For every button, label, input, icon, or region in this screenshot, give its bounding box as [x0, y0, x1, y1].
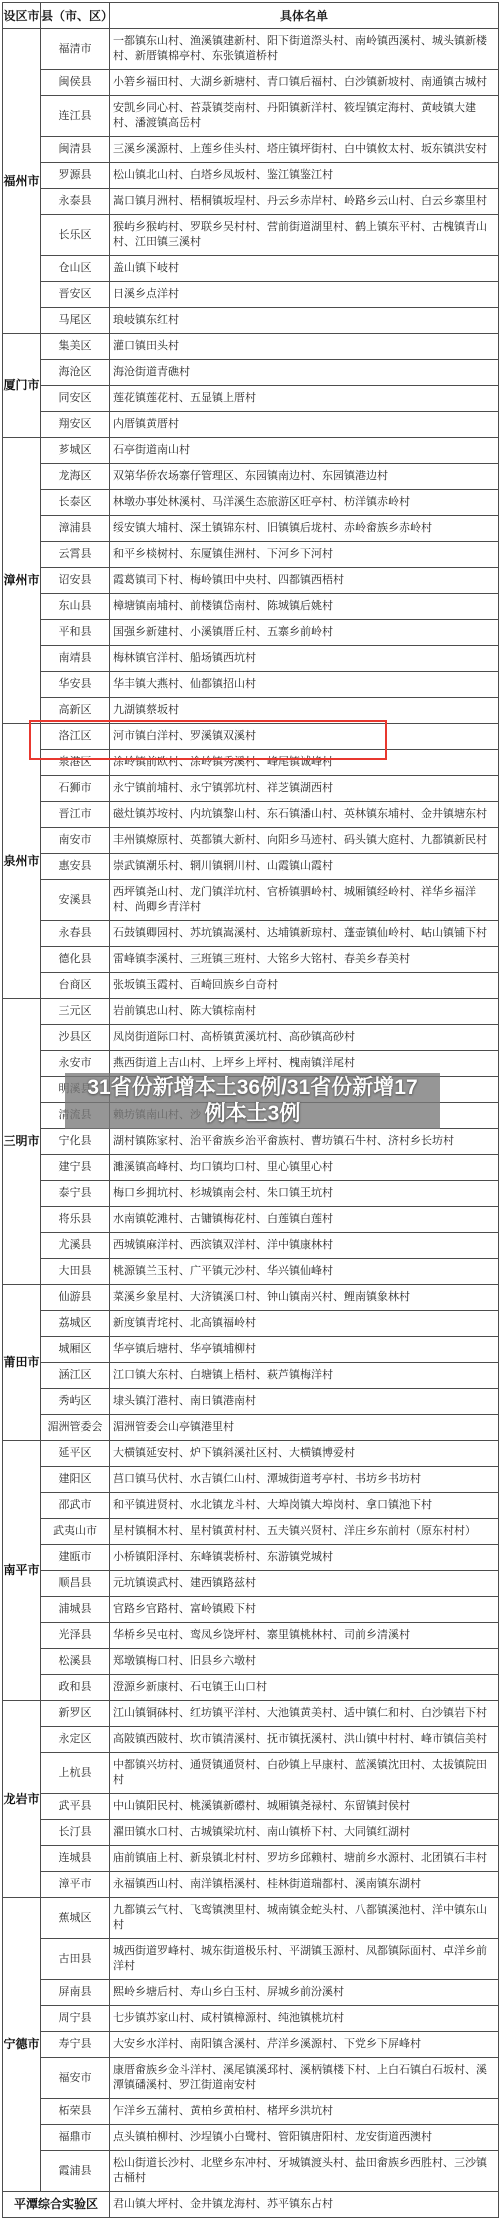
county-cell: 大田县: [41, 1259, 110, 1285]
county-cell: 仓山区: [41, 256, 110, 282]
villages-cell: 高陂镇西陂村、坎市镇清溪村、抚市镇抚溪村、洪山镇中村村、峰市镇信美村: [110, 1727, 499, 1753]
table-row: 永定区高陂镇西陂村、坎市镇清溪村、抚市镇抚溪村、洪山镇中村村、峰市镇信美村: [3, 1727, 499, 1753]
table-row: 武平县中山镇阳民村、桃溪镇新礤村、城厢镇尧禄村、东留镇封侯村: [3, 1794, 499, 1820]
villages-cell: 中都镇兴坊村、通贤镇通贤村、白砂镇上早康村、蓝溪镇沈田村、太拔镇院田村: [110, 1753, 499, 1794]
county-cell: 安溪县: [41, 880, 110, 921]
villages-cell: 点头镇柏柳村、沙埕镇小白鹭村、管阳镇唐阳村、龙安街道西澳村: [110, 2125, 499, 2151]
county-cell: 高新区: [41, 698, 110, 724]
villages-cell: 日溪乡点洋村: [110, 282, 499, 308]
villages-cell: 庙前镇庙上村、新泉镇北村村、罗坊乡邱赖村、塘前乡水源村、北团镇石丰村: [110, 1846, 499, 1872]
villages-cell: 三溪乡溪源村、上莲乡佳头村、塔庄镇坪街村、白中镇攸太村、坂东镇洪安村: [110, 137, 499, 163]
county-cell: 建阳区: [41, 1467, 110, 1493]
table-row: 泰宁县梅口乡拥坑村、杉城镇南会村、朱口镇王坑村: [3, 1181, 499, 1207]
col-header-city: 设区市: [3, 3, 41, 29]
villages-cell: 盖山镇下岐村: [110, 256, 499, 282]
table-row: 华安县华丰镇大燕村、仙都镇招山村: [3, 672, 499, 698]
villages-cell: 绥安镇大埔村、深土镇锦东村、旧镇镇后垅村、赤岭畲族乡赤岭村: [110, 516, 499, 542]
table-body: 福州市福清市一都镇东山村、渔溪镇建新村、阳下街道漈头村、南岭镇西溪村、城头镇新楼…: [3, 29, 499, 2218]
county-cell: 秀屿区: [41, 1389, 110, 1415]
table-row: 泉港区涂岭镇前欧村、涂岭镇秀溪村、峰尾镇诚峰村: [3, 750, 499, 776]
villages-cell: 张坂镇玉霞村、百崎回族乡白奇村: [110, 973, 499, 999]
villages-cell: 水南镇乾滩村、古镛镇梅花村、白莲镇白莲村: [110, 1207, 499, 1233]
villages-cell: 江山镇铜砵村、红坊镇平洋村、大池镇黄美村、适中镇仁和村、白沙镇岩下村: [110, 1701, 499, 1727]
villages-cell: 琅岐镇东红村: [110, 308, 499, 334]
villages-cell: 雷峰镇李溪村、三班镇三班村、大铭乡大铭村、春美乡春美村: [110, 947, 499, 973]
table-row: 古田县城西街道罗峰村、城东街道极乐村、平湖镇玉源村、凤都镇际面村、卓洋乡前洋村: [3, 1939, 499, 1980]
villages-cell: 霞葛镇司下村、梅岭镇田中央村、四都镇西梧村: [110, 568, 499, 594]
city-cell: 莆田市: [3, 1285, 41, 1441]
city-cell: 泉州市: [3, 724, 41, 999]
villages-cell: 江口镇大东村、白塘镇上梧村、萩芦镇梅洋村: [110, 1363, 499, 1389]
villages-cell: 中山镇阳民村、桃溪镇新礤村、城厢镇尧禄村、东留镇封侯村: [110, 1794, 499, 1820]
villages-cell: 小桥镇阳泽村、东峰镇裴桥村、东游镇党城村: [110, 1545, 499, 1571]
table-row: 龙海区双第华侨农场寨仔管理区、东园镇南边村、东园镇港边村: [3, 464, 499, 490]
villages-cell: 梅口乡拥坑村、杉城镇南会村、朱口镇王坑村: [110, 1181, 499, 1207]
villages-cell: 莲花镇莲花村、五显镇上厝村: [110, 386, 499, 412]
county-cell: 长泰区: [41, 490, 110, 516]
county-cell: 清流县: [41, 1103, 110, 1129]
county-cell: 将乐县: [41, 1207, 110, 1233]
county-cell: 建瓯市: [41, 1545, 110, 1571]
villages-cell: 湖村镇陈家村、治平畲族乡治平畲族村、曹坊镇石牛村、济村乡长坊村: [110, 1129, 499, 1155]
table-row: 南平市延平区大横镇延安村、炉下镇斜溪社区村、大横镇博爱村: [3, 1441, 499, 1467]
villages-cell: 一都镇东山村、渔溪镇建新村、阳下街道漈头村、南岭镇西溪村、城头镇新楼村、新厝镇棉…: [110, 29, 499, 70]
county-cell: 上杭县: [41, 1753, 110, 1794]
table-row: 漳平市永福镇西山村、南洋镇梧溪村、桂林街道瑞都村、溪南镇东湖村: [3, 1872, 499, 1898]
table-row: 晋江市磁灶镇苏垵村、内坑镇黎山村、东石镇潘山村、英林镇东埔村、金井镇塘东村: [3, 802, 499, 828]
table-row: 三明市三元区岩前镇忠山村、陈大镇棕南村: [3, 999, 499, 1025]
villages-cell: 九湖镇蔡坂村: [110, 698, 499, 724]
table-row: 泉州市洛江区河市镇白洋村、罗溪镇双溪村: [3, 724, 499, 750]
county-cell: 宁化县: [41, 1129, 110, 1155]
table-row: 永春县石鼓镇卿园村、苏坑镇嵩溪村、达埔镇新琼村、蓬壶镇仙岭村、岵山镇铺下村: [3, 921, 499, 947]
county-cell: 寿宁县: [41, 2032, 110, 2058]
county-cell: 云霄县: [41, 542, 110, 568]
county-cell: 南靖县: [41, 646, 110, 672]
headline-line-1: 31省份新增本土36例/31省份新增17: [87, 1075, 417, 1101]
county-cell: 芗城区: [41, 438, 110, 464]
county-cell: 城厢区: [41, 1337, 110, 1363]
villages-cell: 内厝镇黄厝村: [110, 412, 499, 438]
table-row: 马尾区琅岐镇东红村: [3, 308, 499, 334]
table-row: 闽侯县小箬乡福田村、大湖乡新塘村、青口镇后福村、白沙镇新坡村、南通镇古城村: [3, 70, 499, 96]
county-cell: 泉港区: [41, 750, 110, 776]
table-row: 柘荣县乍洋乡五蒲村、黄柏乡黄柏村、楮坪乡洪坑村: [3, 2099, 499, 2125]
county-cell: 同安区: [41, 386, 110, 412]
county-cell: 古田县: [41, 1939, 110, 1980]
villages-cell: 华丰镇大燕村、仙都镇招山村: [110, 672, 499, 698]
county-cell: 荔城区: [41, 1311, 110, 1337]
county-cell: 柘荣县: [41, 2099, 110, 2125]
table-row: 诏安县霞葛镇司下村、梅岭镇田中央村、四都镇西梧村: [3, 568, 499, 594]
table-row: 晋安区日溪乡点洋村: [3, 282, 499, 308]
villages-cell: 七步镇苏家山村、咸村镇樟源村、纯池镇桃坑村: [110, 2006, 499, 2032]
county-cell: 福安市: [41, 2058, 110, 2099]
city-cell: 宁德市: [3, 1898, 41, 2192]
col-header-county: 县（市、区）: [41, 3, 110, 29]
table-row: 建宁县濉溪镇高峰村、均口镇均口村、里心镇里心村: [3, 1155, 499, 1181]
table-row: 寿宁县大安乡水洋村、南阳镇含溪村、芹洋乡溪源村、下党乡下屏峰村: [3, 2032, 499, 2058]
county-cell: 华安县: [41, 672, 110, 698]
city-cell: 厦门市: [3, 334, 41, 438]
table-row: 福州市福清市一都镇东山村、渔溪镇建新村、阳下街道漈头村、南岭镇西溪村、城头镇新楼…: [3, 29, 499, 70]
county-cell: 福清市: [41, 29, 110, 70]
villages-cell: 国强乡新建村、小溪镇厝丘村、五寨乡前岭村: [110, 620, 499, 646]
county-cell: 周宁县: [41, 2006, 110, 2032]
county-cell: 德化县: [41, 947, 110, 973]
county-cell: 永春县: [41, 921, 110, 947]
table-row: 连城县庙前镇庙上村、新泉镇北村村、罗坊乡邱赖村、塘前乡水源村、北团镇石丰村: [3, 1846, 499, 1872]
table-row: 仓山区盖山镇下岐村: [3, 256, 499, 282]
villages-cell: 涂岭镇前欧村、涂岭镇秀溪村、峰尾镇诚峰村: [110, 750, 499, 776]
county-cell: 泰宁县: [41, 1181, 110, 1207]
villages-cell: 康厝畲族乡金斗洋村、溪尾镇溪邳村、溪柄镇楼下村、上白石镇白石坂村、溪潭镇磻溪村、…: [110, 2058, 499, 2099]
county-cell: 连江县: [41, 96, 110, 137]
villages-cell: 石鼓镇卿园村、苏坑镇嵩溪村、达埔镇新琼村、蓬壶镇仙岭村、岵山镇铺下村: [110, 921, 499, 947]
villages-cell: 松山街道长沙村、北壁乡东冲村、牙城镇渡头村、盐田畲族乡西胜村、三沙镇古桶村: [110, 2151, 499, 2192]
table-row: 沙县区凤岗街道际口村、高桥镇黄溪坑村、高砂镇高砂村: [3, 1025, 499, 1051]
table-row: 明溪县31省份新增本土36例/31省份新增17例本土3例: [3, 1077, 499, 1103]
village-list-table: 设区市 县（市、区） 具体名单 福州市福清市一都镇东山村、渔溪镇建新村、阳下街道…: [2, 2, 499, 2218]
villages-cell: 元坑镇谟武村、建西镇路兹村: [110, 1571, 499, 1597]
villages-cell: 永福镇西山村、南洋镇梧溪村、桂林街道瑞都村、溪南镇东湖村: [110, 1872, 499, 1898]
county-cell: 政和县: [41, 1675, 110, 1701]
county-cell: 建宁县: [41, 1155, 110, 1181]
villages-cell: 磁灶镇苏垵村、内坑镇黎山村、东石镇潘山村、英林镇东埔村、金井镇塘东村: [110, 802, 499, 828]
villages-cell: 松山镇北山村、白塔乡凤坂村、鉴江镇鉴江村: [110, 163, 499, 189]
city-cell: 龙岩市: [3, 1701, 41, 1898]
table-row: 松溪县郑墩镇梅口村、旧县乡六墩村: [3, 1649, 499, 1675]
county-cell: 洛江区: [41, 724, 110, 750]
table-row: 罗源县松山镇北山村、白塔乡凤坂村、鉴江镇鉴江村: [3, 163, 499, 189]
villages-cell: 樟塘镇南埔村、前楼镇岱南村、陈城镇后姚村: [110, 594, 499, 620]
table-row: 建阳区莒口镇马伏村、水吉镇仁山村、潭城街道考亭村、书坊乡书坊村: [3, 1467, 499, 1493]
table-row: 同安区莲花镇莲花村、五显镇上厝村: [3, 386, 499, 412]
villages-cell: 海沧街道青礁村: [110, 360, 499, 386]
county-cell: 漳平市: [41, 1872, 110, 1898]
county-cell: 闽侯县: [41, 70, 110, 96]
villages-cell: 濯田镇水口村、古城镇梁坑村、南山镇桥下村、大同镇红湖村: [110, 1820, 499, 1846]
table-row: 台商区张坂镇玉霞村、百崎回族乡白奇村: [3, 973, 499, 999]
villages-cell: 九都镇云气村、飞鸾镇澳里村、城南镇金蛇头村、八都镇溪池村、洋中镇东山村: [110, 1898, 499, 1939]
county-cell: 台商区: [41, 973, 110, 999]
city-cell: 福州市: [3, 29, 41, 334]
table-row: 邵武市和平镇进贤村、水北镇龙斗村、大埠岗镇大埠岗村、拿口镇池下村: [3, 1493, 499, 1519]
villages-cell: 莒口镇马伏村、水吉镇仁山村、潭城街道考亭村、书坊乡书坊村: [110, 1467, 499, 1493]
table-row: 涵江区江口镇大东村、白塘镇上梧村、萩芦镇梅洋村: [3, 1363, 499, 1389]
county-cell: 翔安区: [41, 412, 110, 438]
county-cell: 平和县: [41, 620, 110, 646]
col-header-villages: 具体名单: [110, 3, 499, 29]
villages-cell: 城西街道罗峰村、城东街道极乐村、平湖镇玉源村、凤都镇际面村、卓洋乡前洋村: [110, 1939, 499, 1980]
county-cell: 连城县: [41, 1846, 110, 1872]
city-cell: 南平市: [3, 1441, 41, 1701]
table-row: 光泽县华桥乡吴屯村、鸾凤乡饶坪村、寨里镇桃林村、司前乡清溪村: [3, 1623, 499, 1649]
villages-cell: 猴屿乡猴屿村、罗联乡吴村村、营前街道湖里村、鹤上镇东平村、古槐镇青山村、江田镇三…: [110, 215, 499, 256]
county-cell: 邵武市: [41, 1493, 110, 1519]
villages-cell: 桃源镇兰玉村、广平镇元沙村、华兴镇仙峰村: [110, 1259, 499, 1285]
villages-cell: 安凯乡同心村、苔菉镇茭南村、丹阳镇新洋村、筱埕镇定海村、黄岐镇大建村、潘渡镇高岳…: [110, 96, 499, 137]
county-cell: 延平区: [41, 1441, 110, 1467]
table-row: 霞浦县松山街道长沙村、北壁乡东冲村、牙城镇渡头村、盐田畲族乡西胜村、三沙镇古桶村: [3, 2151, 499, 2192]
villages-cell: 梅林镇官洋村、船场镇西坑村: [110, 646, 499, 672]
table-row: 莆田市仙游县菜溪乡象星村、大济镇溪口村、钟山镇南兴村、鲤南镇象林村: [3, 1285, 499, 1311]
table-row: 永泰县嵩口镇月洲村、梧桐镇坂埕村、丹云乡赤岸村、岭路乡云山村、白云乡寨里村: [3, 189, 499, 215]
page: 设区市 县（市、区） 具体名单 福州市福清市一都镇东山村、渔溪镇建新村、阳下街道…: [0, 0, 500, 2220]
villages-cell: 和平乡棪树村、东厦镇佳洲村、下河乡下河村: [110, 542, 499, 568]
county-cell: 永泰县: [41, 189, 110, 215]
county-cell: 南安市: [41, 828, 110, 854]
villages-cell: 大安乡水洋村、南阳镇含溪村、芹洋乡溪源村、下党乡下屏峰村: [110, 2032, 499, 2058]
villages-cell: 31省份新增本土36例/31省份新增17例本土3例: [110, 1077, 499, 1103]
table-row: 城厢区华亭镇后塘村、华亭镇埔柳村: [3, 1337, 499, 1363]
villages-cell: 林墩办事处林溪村、马洋溪生态旅游区旺亭村、枋洋镇赤岭村: [110, 490, 499, 516]
villages-cell: 凤岗街道际口村、高桥镇黄溪坑村、高砂镇高砂村: [110, 1025, 499, 1051]
table-row: 海沧区海沧街道青礁村: [3, 360, 499, 386]
county-cell: 惠安县: [41, 854, 110, 880]
table-row: 长汀县濯田镇水口村、古城镇梁坑村、南山镇桥下村、大同镇红湖村: [3, 1820, 499, 1846]
county-cell: 仙游县: [41, 1285, 110, 1311]
villages-cell: 西城镇麻洋村、西滨镇双洋村、洋中镇康林村: [110, 1233, 499, 1259]
table-row: 顺昌县元坑镇谟武村、建西镇路兹村: [3, 1571, 499, 1597]
county-cell: 蕉城区: [41, 1898, 110, 1939]
villages-cell: 熙岭乡塘后村、寿山乡白玉村、屏城乡前汾溪村: [110, 1980, 499, 2006]
county-cell: 涵江区: [41, 1363, 110, 1389]
city-cell: 平潭综合实验区: [3, 2192, 110, 2218]
villages-cell: 丰州镇燎原村、英都镇大新村、向阳乡马迹村、码头镇大庭村、九都镇新民村: [110, 828, 499, 854]
table-row: 南靖县梅林镇官洋村、船场镇西坑村: [3, 646, 499, 672]
county-cell: 罗源县: [41, 163, 110, 189]
table-row: 宁德市蕉城区九都镇云气村、飞鸾镇澳里村、城南镇金蛇头村、八都镇溪池村、洋中镇东山…: [3, 1898, 499, 1939]
villages-cell: 赖坊镇南山村、沙: [110, 1103, 499, 1129]
table-row: 屏南县熙岭乡塘后村、寿山乡白玉村、屏城乡前汾溪村: [3, 1980, 499, 2006]
county-cell: 霞浦县: [41, 2151, 110, 2192]
county-cell: 光泽县: [41, 1623, 110, 1649]
table-row: 闽清县三溪乡溪源村、上莲乡佳头村、塔庄镇坪街村、白中镇攸太村、坂东镇洪安村: [3, 137, 499, 163]
table-row: 云霄县和平乡棪树村、东厦镇佳洲村、下河乡下河村: [3, 542, 499, 568]
county-cell: 晋江市: [41, 802, 110, 828]
table-row: 平潭综合实验区君山镇大坪村、金井镇龙海村、苏平镇东占村: [3, 2192, 499, 2218]
villages-cell: 崇武镇潮乐村、辋川镇辋川村、山霞镇山霞村: [110, 854, 499, 880]
county-cell: 屏南县: [41, 1980, 110, 2006]
county-cell: 三元区: [41, 999, 110, 1025]
villages-cell: 双第华侨农场寨仔管理区、东园镇南边村、东园镇港边村: [110, 464, 499, 490]
county-cell: 明溪县: [41, 1077, 110, 1103]
county-cell: 武平县: [41, 1794, 110, 1820]
table-row: 漳浦县绥安镇大埔村、深土镇锦东村、旧镇镇后垅村、赤岭畲族乡赤岭村: [3, 516, 499, 542]
table-row: 福安市康厝畲族乡金斗洋村、溪尾镇溪邳村、溪柄镇楼下村、上白石镇白石坂村、溪潭镇磻…: [3, 2058, 499, 2099]
table-row: 浦城县官路乡官路村、富岭镇殿下村: [3, 1597, 499, 1623]
city-cell: 三明市: [3, 999, 41, 1285]
county-cell: 浦城县: [41, 1597, 110, 1623]
villages-cell: 永宁镇前埔村、永宁镇郭坑村、祥芝镇湖西村: [110, 776, 499, 802]
county-cell: 长汀县: [41, 1820, 110, 1846]
table-row: 福鼎市点头镇柏柳村、沙埕镇小白鹭村、管阳镇唐阳村、龙安街道西澳村: [3, 2125, 499, 2151]
table-row: 上杭县中都镇兴坊村、通贤镇通贤村、白砂镇上早康村、蓝溪镇沈田村、太拔镇院田村: [3, 1753, 499, 1794]
table-row: 永安市燕西街道上吉山村、上坪乡上坪村、槐南镇洋尾村: [3, 1051, 499, 1077]
villages-cell: 小箬乡福田村、大湖乡新塘村、青口镇后福村、白沙镇新坡村、南通镇古城村: [110, 70, 499, 96]
table-row: 平和县国强乡新建村、小溪镇厝丘村、五寨乡前岭村: [3, 620, 499, 646]
villages-cell: 灌口镇田头村: [110, 334, 499, 360]
table-row: 武夷山市星村镇桐木村、星村镇黄村村、五夫镇兴贤村、洋庄乡东前村（原东村村）: [3, 1519, 499, 1545]
county-cell: 长乐区: [41, 215, 110, 256]
table-row: 将乐县水南镇乾滩村、古镛镇梅花村、白莲镇白莲村: [3, 1207, 499, 1233]
table-row: 大田县桃源镇兰玉村、广平镇元沙村、华兴镇仙峰村: [3, 1259, 499, 1285]
county-cell: 闽清县: [41, 137, 110, 163]
villages-cell: 和平镇进贤村、水北镇龙斗村、大埠岗镇大埠岗村、拿口镇池下村: [110, 1493, 499, 1519]
villages-cell: 星村镇桐木村、星村镇黄村村、五夫镇兴贤村、洋庄乡东前村（原东村村）: [110, 1519, 499, 1545]
villages-cell: 郑墩镇梅口村、旧县乡六墩村: [110, 1649, 499, 1675]
table-row: 尤溪县西城镇麻洋村、西滨镇双洋村、洋中镇康林村: [3, 1233, 499, 1259]
villages-cell: 岩前镇忠山村、陈大镇棕南村: [110, 999, 499, 1025]
table-row: 厦门市集美区灌口镇田头村: [3, 334, 499, 360]
villages-cell: 华亭镇后塘村、华亭镇埔柳村: [110, 1337, 499, 1363]
county-cell: 诏安县: [41, 568, 110, 594]
county-cell: 龙海区: [41, 464, 110, 490]
table-row: 惠安县崇武镇潮乐村、辋川镇辋川村、山霞镇山霞村: [3, 854, 499, 880]
table-row: 石狮市永宁镇前埔村、永宁镇郭坑村、祥芝镇湖西村: [3, 776, 499, 802]
table-row: 东山县樟塘镇南埔村、前楼镇岱南村、陈城镇后姚村: [3, 594, 499, 620]
table-row: 连江县安凯乡同心村、苔菉镇茭南村、丹阳镇新洋村、筱埕镇定海村、黄岐镇大建村、潘渡…: [3, 96, 499, 137]
villages-cell: 河市镇白洋村、罗溪镇双溪村: [110, 724, 499, 750]
villages-cell: 燕西街道上吉山村、上坪乡上坪村、槐南镇洋尾村: [110, 1051, 499, 1077]
county-cell: 尤溪县: [41, 1233, 110, 1259]
table-row: 建瓯市小桥镇阳泽村、东峰镇裴桥村、东游镇党城村: [3, 1545, 499, 1571]
county-cell: 福鼎市: [41, 2125, 110, 2151]
county-cell: 武夷山市: [41, 1519, 110, 1545]
villages-cell: 澄源乡新康村、石屯镇王山口村: [110, 1675, 499, 1701]
table-row: 高新区九湖镇蔡坂村: [3, 698, 499, 724]
villages-cell: 嵩口镇月洲村、梧桐镇坂埕村、丹云乡赤岸村、岭路乡云山村、白云乡寨里村: [110, 189, 499, 215]
county-cell: 集美区: [41, 334, 110, 360]
table-row: 漳州市芗城区石亭街道南山村: [3, 438, 499, 464]
table-row: 湄洲管委会湄洲管委会山亭镇港里村: [3, 1415, 499, 1441]
city-cell: 漳州市: [3, 438, 41, 724]
county-cell: 石狮市: [41, 776, 110, 802]
villages-cell: 濉溪镇高峰村、均口镇均口村、里心镇里心村: [110, 1155, 499, 1181]
county-cell: 顺昌县: [41, 1571, 110, 1597]
county-cell: 海沧区: [41, 360, 110, 386]
table-row: 德化县雷峰镇李溪村、三班镇三班村、大铭乡大铭村、春美乡春美村: [3, 947, 499, 973]
county-cell: 东山县: [41, 594, 110, 620]
villages-cell: 华桥乡吴屯村、鸾凤乡饶坪村、寨里镇桃林村、司前乡清溪村: [110, 1623, 499, 1649]
table-row: 清流县赖坊镇南山村、沙: [3, 1103, 499, 1129]
county-cell: 新罗区: [41, 1701, 110, 1727]
county-cell: 湄洲管委会: [41, 1415, 110, 1441]
county-cell: 漳浦县: [41, 516, 110, 542]
table-header-row: 设区市 县（市、区） 具体名单: [3, 3, 499, 29]
villages-cell: 石亭街道南山村: [110, 438, 499, 464]
county-cell: 沙县区: [41, 1025, 110, 1051]
table-row: 政和县澄源乡新康村、石屯镇王山口村: [3, 1675, 499, 1701]
table-row: 秀屿区埭头镇汀港村、南日镇港南村: [3, 1389, 499, 1415]
villages-cell: 乍洋乡五蒲村、黄柏乡黄柏村、楮坪乡洪坑村: [110, 2099, 499, 2125]
county-cell: 马尾区: [41, 308, 110, 334]
villages-cell: 君山镇大坪村、金井镇龙海村、苏平镇东占村: [110, 2192, 499, 2218]
table-row: 周宁县七步镇苏家山村、咸村镇樟源村、纯池镇桃坑村: [3, 2006, 499, 2032]
villages-cell: 西坪镇尧山村、龙门镇洋坑村、官桥镇驷岭村、城厢镇经岭村、祥华乡福洋村、尚卿乡青洋…: [110, 880, 499, 921]
county-cell: 永定区: [41, 1727, 110, 1753]
villages-cell: 官路乡官路村、富岭镇殿下村: [110, 1597, 499, 1623]
villages-cell: 湄洲管委会山亭镇港里村: [110, 1415, 499, 1441]
villages-cell: 新度镇青垞村、北高镇福岭村: [110, 1311, 499, 1337]
table-row: 安溪县西坪镇尧山村、龙门镇洋坑村、官桥镇驷岭村、城厢镇经岭村、祥华乡福洋村、尚卿…: [3, 880, 499, 921]
county-cell: 松溪县: [41, 1649, 110, 1675]
table-row: 宁化县湖村镇陈家村、治平畲族乡治平畲族村、曹坊镇石牛村、济村乡长坊村: [3, 1129, 499, 1155]
table-row: 翔安区内厝镇黄厝村: [3, 412, 499, 438]
table-row: 荔城区新度镇青垞村、北高镇福岭村: [3, 1311, 499, 1337]
county-cell: 永安市: [41, 1051, 110, 1077]
table-row: 长乐区猴屿乡猴屿村、罗联乡吴村村、营前街道湖里村、鹤上镇东平村、古槐镇青山村、江…: [3, 215, 499, 256]
table-row: 龙岩市新罗区江山镇铜砵村、红坊镇平洋村、大池镇黄美村、适中镇仁和村、白沙镇岩下村: [3, 1701, 499, 1727]
villages-cell: 大横镇延安村、炉下镇斜溪社区村、大横镇博爱村: [110, 1441, 499, 1467]
villages-cell: 埭头镇汀港村、南日镇港南村: [110, 1389, 499, 1415]
county-cell: 晋安区: [41, 282, 110, 308]
table-row: 南安市丰州镇燎原村、英都镇大新村、向阳乡马迹村、码头镇大庭村、九都镇新民村: [3, 828, 499, 854]
villages-cell: 菜溪乡象星村、大济镇溪口村、钟山镇南兴村、鲤南镇象林村: [110, 1285, 499, 1311]
table-row: 长泰区林墩办事处林溪村、马洋溪生态旅游区旺亭村、枋洋镇赤岭村: [3, 490, 499, 516]
